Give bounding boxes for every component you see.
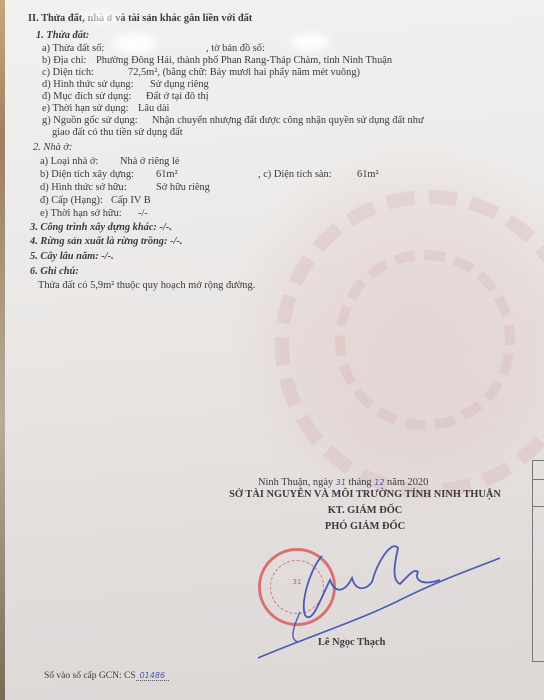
signature [0, 0, 544, 700]
signer-name: Lê Ngọc Thạch [318, 637, 385, 649]
side-margin-box [532, 460, 544, 662]
registry-label: Số vào sổ cấp GCN: CS [44, 671, 136, 681]
registry-line: Số vào sổ cấp GCN: CS01486 [44, 670, 169, 682]
registry-number: 01486 [136, 671, 169, 681]
